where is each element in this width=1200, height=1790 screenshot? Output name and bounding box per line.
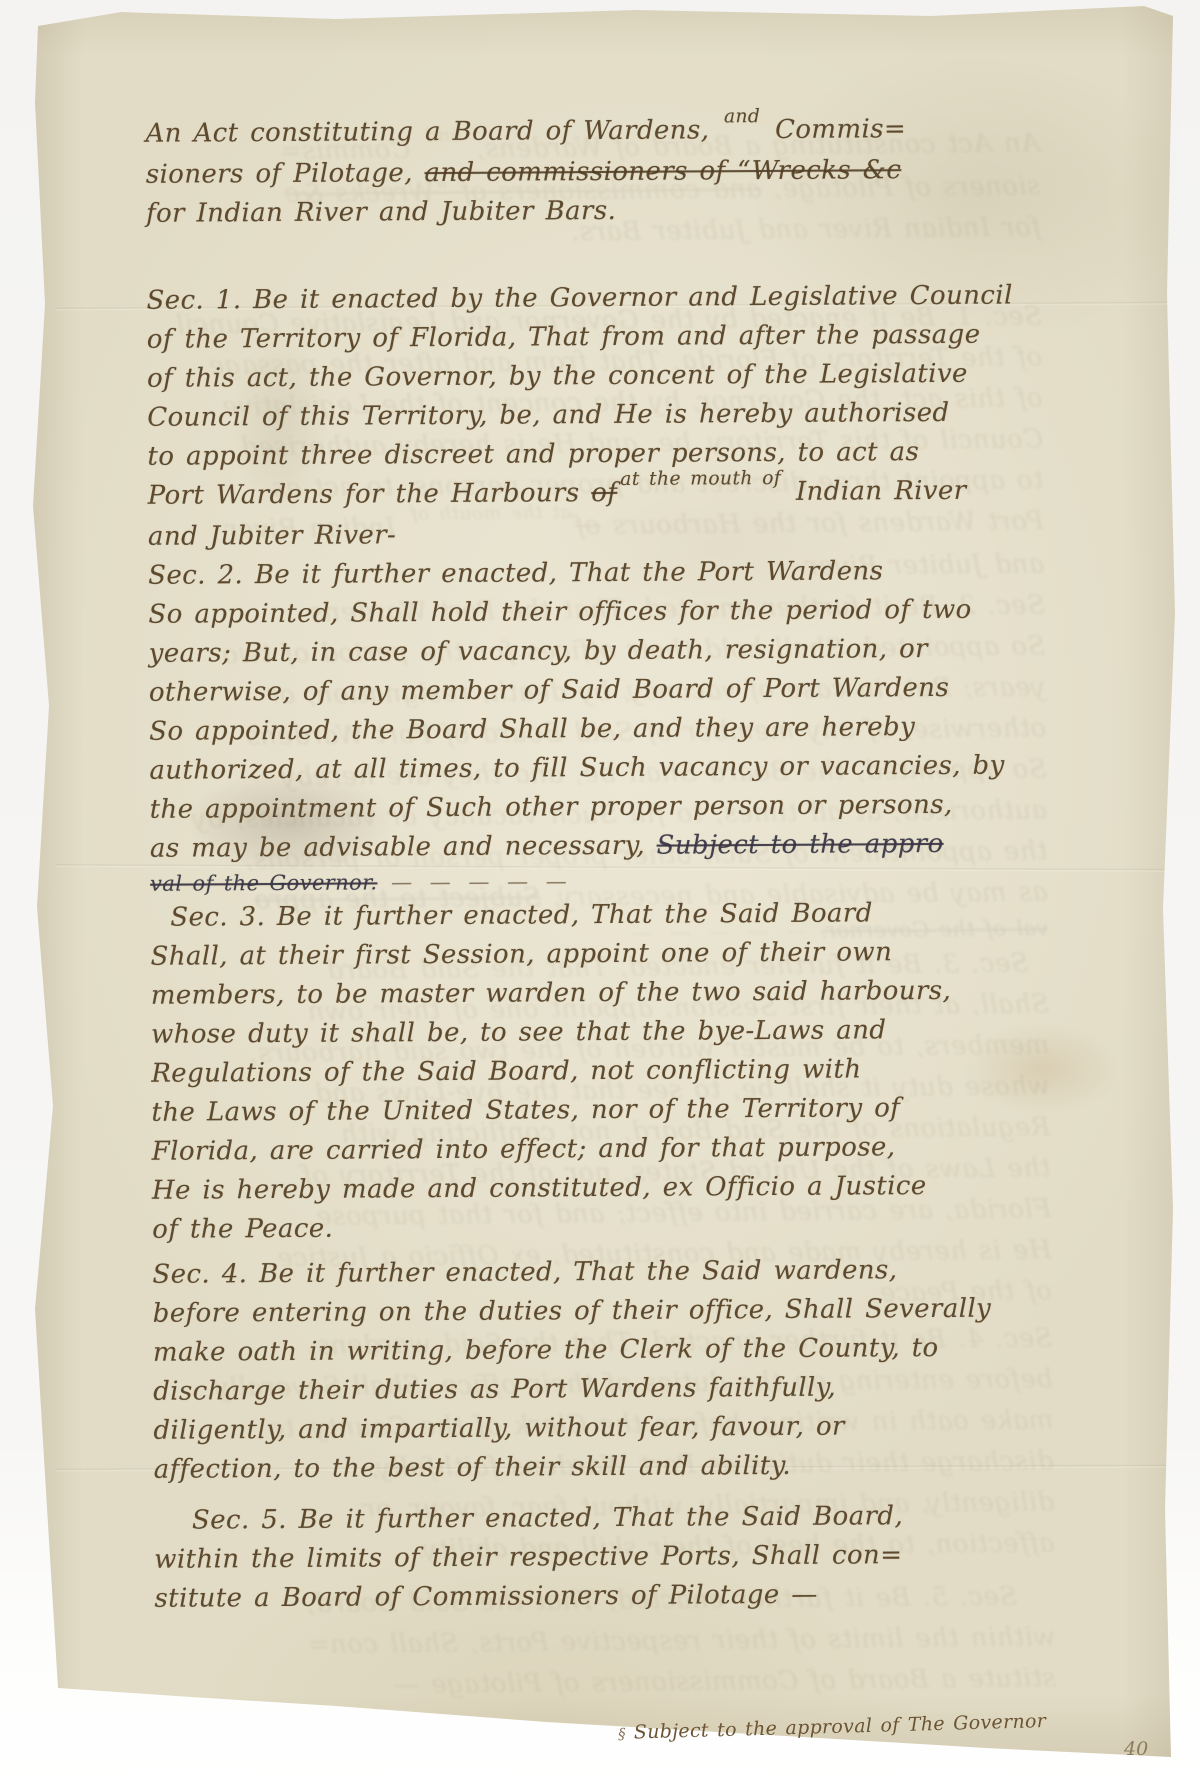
- manuscript-segment: for Indian River and Jubiter Bars.: [146, 196, 616, 229]
- manuscript-line: members, to be master warden of the two …: [151, 971, 1061, 1016]
- page-number: 40: [1124, 1738, 1148, 1760]
- manuscript-segment: Regulations of the Said Board, not confl…: [151, 1054, 861, 1088]
- manuscript-line: the Laws of the United States, nor of th…: [151, 1088, 1061, 1133]
- manuscript-text: An Act constituting a Board of Wardens, …: [145, 109, 1064, 1619]
- manuscript-segment: affection, to the best of their skill an…: [154, 1451, 791, 1485]
- manuscript-line: affection, to the best of their skill an…: [154, 1445, 1064, 1490]
- manuscript-segment-interline: at the mouth of: [620, 459, 781, 499]
- manuscript-line: to appoint three discreet and proper per…: [147, 432, 1057, 477]
- manuscript-segment: of this act, the Governor, by the concen…: [147, 359, 968, 394]
- manuscript-segment: Florida, are carried into effect; and fo…: [152, 1132, 896, 1167]
- manuscript-line: otherwise, of any member of Said Board o…: [149, 668, 1059, 713]
- manuscript-line: stitute a Board of Commissioners of Pilo…: [154, 1574, 1064, 1619]
- manuscript-line: Sec. 1. Be it enacted by the Governor an…: [146, 276, 1056, 321]
- manuscript-line: diligently, and impartially, without fea…: [153, 1406, 1063, 1451]
- manuscript-line: Regulations of the Said Board, not confl…: [151, 1049, 1061, 1094]
- manuscript-segment: before entering on the duties of their o…: [153, 1294, 992, 1329]
- manuscript-line: whose duty it shall be, to see that the …: [151, 1010, 1061, 1055]
- manuscript-line: So appointed, Shall hold their offices f…: [148, 590, 1058, 635]
- manuscript-line: He is hereby made and constituted, ex Of…: [152, 1166, 1062, 1211]
- manuscript-segment: diligently, and impartially, without fea…: [153, 1412, 845, 1446]
- manuscript-segment: of the Territory of Florida, That from a…: [147, 320, 981, 355]
- manuscript-line: of the Territory of Florida, That from a…: [147, 315, 1057, 360]
- manuscript-line: years; But, in case of vacancy, by death…: [149, 629, 1059, 674]
- manuscript-segment: of the Peace.: [152, 1214, 333, 1245]
- manuscript-segment: to appoint three discreet and proper per…: [147, 437, 919, 472]
- manuscript-segment: Port Wardens for the Harbours: [148, 478, 592, 511]
- manuscript-segment: authorized, at all times, to fill Such v…: [149, 751, 1004, 786]
- manuscript-line: before entering on the duties of their o…: [153, 1289, 1063, 1334]
- manuscript-segment: the Laws of the United States, nor of th…: [151, 1093, 900, 1128]
- manuscript-segment: Shall, at their first Session, appoint o…: [150, 937, 892, 972]
- manuscript-line: So appointed, the Board Shall be, and th…: [149, 707, 1059, 752]
- manuscript-segment: Sec. 5. Be it further enacted, That the …: [192, 1501, 903, 1535]
- manuscript-segment: discharge their duties as Port Wardens f…: [153, 1373, 836, 1407]
- manuscript-segment: and Jubiter River-: [148, 520, 396, 552]
- manuscript-line: Sec. 3. Be it further enacted, That the …: [150, 893, 1060, 938]
- manuscript-segment: within the limits of their respective Po…: [154, 1540, 902, 1575]
- manuscript-line: and Jubiter River-: [148, 512, 1058, 557]
- manuscript-segment-strike: of: [591, 478, 617, 508]
- manuscript-segment: years; But, in case of vacancy, by death…: [149, 634, 928, 669]
- manuscript-segment: stitute a Board of Commissioners of Pilo…: [154, 1580, 817, 1614]
- manuscript-segment: as may be advisable and necessary,: [150, 831, 657, 864]
- manuscript-line: the appointment of Such other proper per…: [150, 785, 1060, 830]
- manuscript-segment-strike: and commissioners of “Wrecks &c: [424, 155, 901, 188]
- manuscript-segment-strike-dark: Subject to the appro: [657, 829, 944, 861]
- manuscript-segment: Indian River: [784, 476, 967, 507]
- manuscript-line: Council of this Territory, be, and He is…: [147, 393, 1057, 438]
- manuscript-line: as may be advisable and necessary, Subje…: [150, 824, 1060, 869]
- manuscript-line: make oath in writing, before the Clerk o…: [153, 1328, 1063, 1373]
- document-scan: An Act constituting a Board of Wardens, …: [0, 0, 1200, 1790]
- manuscript-segment: sioners of Pilotage,: [146, 158, 425, 190]
- manuscript-line: of the Peace.: [152, 1205, 1062, 1250]
- manuscript-line: Sec. 4. Be it further enacted, That the …: [152, 1250, 1062, 1295]
- manuscript-segment: Council of this Territory, be, and He is…: [147, 398, 949, 433]
- manuscript-segment-interline: and: [724, 97, 761, 136]
- manuscript-segment: Sec. 4. Be it further enacted, That the …: [152, 1255, 897, 1290]
- manuscript-line: of this act, the Governor, by the concen…: [147, 354, 1057, 399]
- manuscript-line: Sec. 5. Be it further enacted, That the …: [154, 1496, 1064, 1541]
- manuscript-segment: So appointed, the Board Shall be, and th…: [149, 712, 915, 747]
- manuscript-segment: make oath in writing, before the Clerk o…: [153, 1333, 939, 1368]
- manuscript-segment-strike-dark: val of the Governor.: [150, 870, 377, 895]
- manuscript-line: sioners of Pilotage, and commissioners o…: [146, 150, 1056, 195]
- manuscript-line: within the limits of their respective Po…: [154, 1535, 1064, 1580]
- manuscript-segment: Commis=: [763, 114, 906, 145]
- manuscript-segment: An Act constituting a Board of Wardens,: [145, 115, 721, 149]
- manuscript-line: Port Wardens for the Harbours ofat the m…: [148, 471, 1058, 518]
- manuscript-line: authorized, at all times, to fill Such v…: [149, 746, 1059, 791]
- manuscript-line: Shall, at their first Session, appoint o…: [150, 932, 1060, 977]
- manuscript-segment: otherwise, of any member of Said Board o…: [149, 673, 949, 708]
- manuscript-segment: whose duty it shall be, to see that the …: [151, 1015, 887, 1049]
- manuscript-segment: He is hereby made and constituted, ex Of…: [152, 1171, 927, 1206]
- manuscript-segment: So appointed, Shall hold their offices f…: [148, 595, 971, 630]
- manuscript-segment: the appointment of Such other proper per…: [150, 790, 953, 825]
- manuscript-line: Sec. 2. Be it further enacted, That the …: [148, 551, 1058, 596]
- manuscript-segment: Sec. 3. Be it further enacted, That the …: [170, 898, 873, 932]
- insertion-mark-icon: §: [618, 1725, 626, 1743]
- manuscript-segment: Sec. 1. Be it enacted by the Governor an…: [146, 280, 1012, 315]
- manuscript-segment: Sec. 2. Be it further enacted, That the …: [148, 556, 883, 590]
- manuscript-line: An Act constituting a Board of Wardens, …: [145, 109, 1055, 156]
- manuscript-line: discharge their duties as Port Wardens f…: [153, 1367, 1063, 1412]
- manuscript-segment-dash: — — — — —: [377, 869, 571, 894]
- manuscript-line: for Indian River and Jubiter Bars.: [146, 189, 1056, 234]
- manuscript-line: Florida, are carried into effect; and fo…: [152, 1127, 1062, 1172]
- manuscript-segment: members, to be master warden of the two …: [151, 976, 952, 1011]
